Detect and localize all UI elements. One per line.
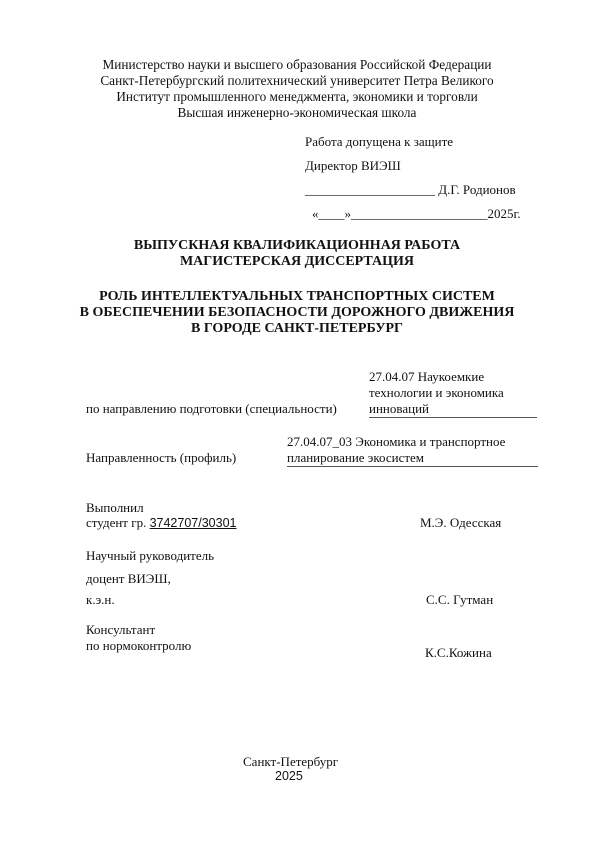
- topic-line3: В ГОРОДЕ САНКТ-ПЕТЕРБУРГ: [0, 321, 594, 337]
- admitted-text: Работа допущена к защите: [305, 134, 453, 150]
- ministry-line: Министерство науки и высшего образования…: [0, 57, 594, 73]
- director-position: Директор ВИЭШ: [305, 158, 401, 174]
- direction-value-line1: 27.04.07 Наукоемкие: [369, 369, 537, 385]
- consultant-role: по нормоконтролю: [86, 638, 191, 654]
- profile-value: 27.04.07_03 Экономика и транспортное пла…: [287, 434, 538, 467]
- consultant-name: К.С.Кожина: [425, 645, 492, 661]
- direction-value-line3: инноваций: [369, 401, 537, 418]
- school-line: Высшая инженерно-экономическая школа: [0, 105, 594, 121]
- student-group-row: студент гр. 3742707/30301: [86, 515, 236, 531]
- supervisor-name: С.С. Гутман: [426, 592, 493, 608]
- profile-value-line1: 27.04.07_03 Экономика и транспортное: [287, 434, 538, 450]
- supervisor-label: Научный руководитель: [86, 548, 214, 564]
- consultant-label: Консультант: [86, 622, 155, 638]
- direction-value-line2: технологии и экономика: [369, 385, 537, 401]
- profile-value-line2: планирование экосистем: [287, 450, 538, 467]
- topic-line2: В ОБЕСПЕЧЕНИИ БЕЗОПАСНОСТИ ДОРОЖНОГО ДВИ…: [0, 305, 594, 321]
- topic-line1: РОЛЬ ИНТЕЛЛЕКТУАЛЬНЫХ ТРАНСПОРТНЫХ СИСТЕ…: [0, 289, 594, 305]
- student-group-label: студент гр.: [86, 515, 146, 530]
- supervisor-degree: к.э.н.: [86, 592, 115, 608]
- director-name: Д.Г. Родионов: [438, 182, 515, 197]
- date-line: «____»_____________________2025г.: [312, 206, 521, 222]
- director-signature-row: ____________________ Д.Г. Родионов: [305, 182, 516, 198]
- student-group-number: 3742707/30301: [150, 516, 237, 530]
- work-type-line2: МАГИСТЕРСКАЯ ДИССЕРТАЦИЯ: [0, 254, 594, 270]
- direction-label: по направлению подготовки (специальности…: [86, 401, 337, 417]
- supervisor-position: доцент ВИЭШ,: [86, 571, 171, 587]
- student-label-performed: Выполнил: [86, 500, 144, 516]
- university-line: Санкт-Петербургский политехнический унив…: [0, 73, 594, 89]
- year: 2025: [275, 769, 303, 783]
- direction-value: 27.04.07 Наукоемкие технологии и экономи…: [369, 369, 537, 418]
- city: Санкт-Петербург: [243, 754, 338, 770]
- profile-label: Направленность (профиль): [86, 450, 236, 466]
- work-type-line1: ВЫПУСКНАЯ КВАЛИФИКАЦИОННАЯ РАБОТА: [0, 238, 594, 254]
- signature-line: ____________________: [305, 182, 435, 197]
- student-name: М.Э. Одесская: [420, 515, 501, 531]
- institute-line: Институт промышленного менеджмента, экон…: [0, 89, 594, 105]
